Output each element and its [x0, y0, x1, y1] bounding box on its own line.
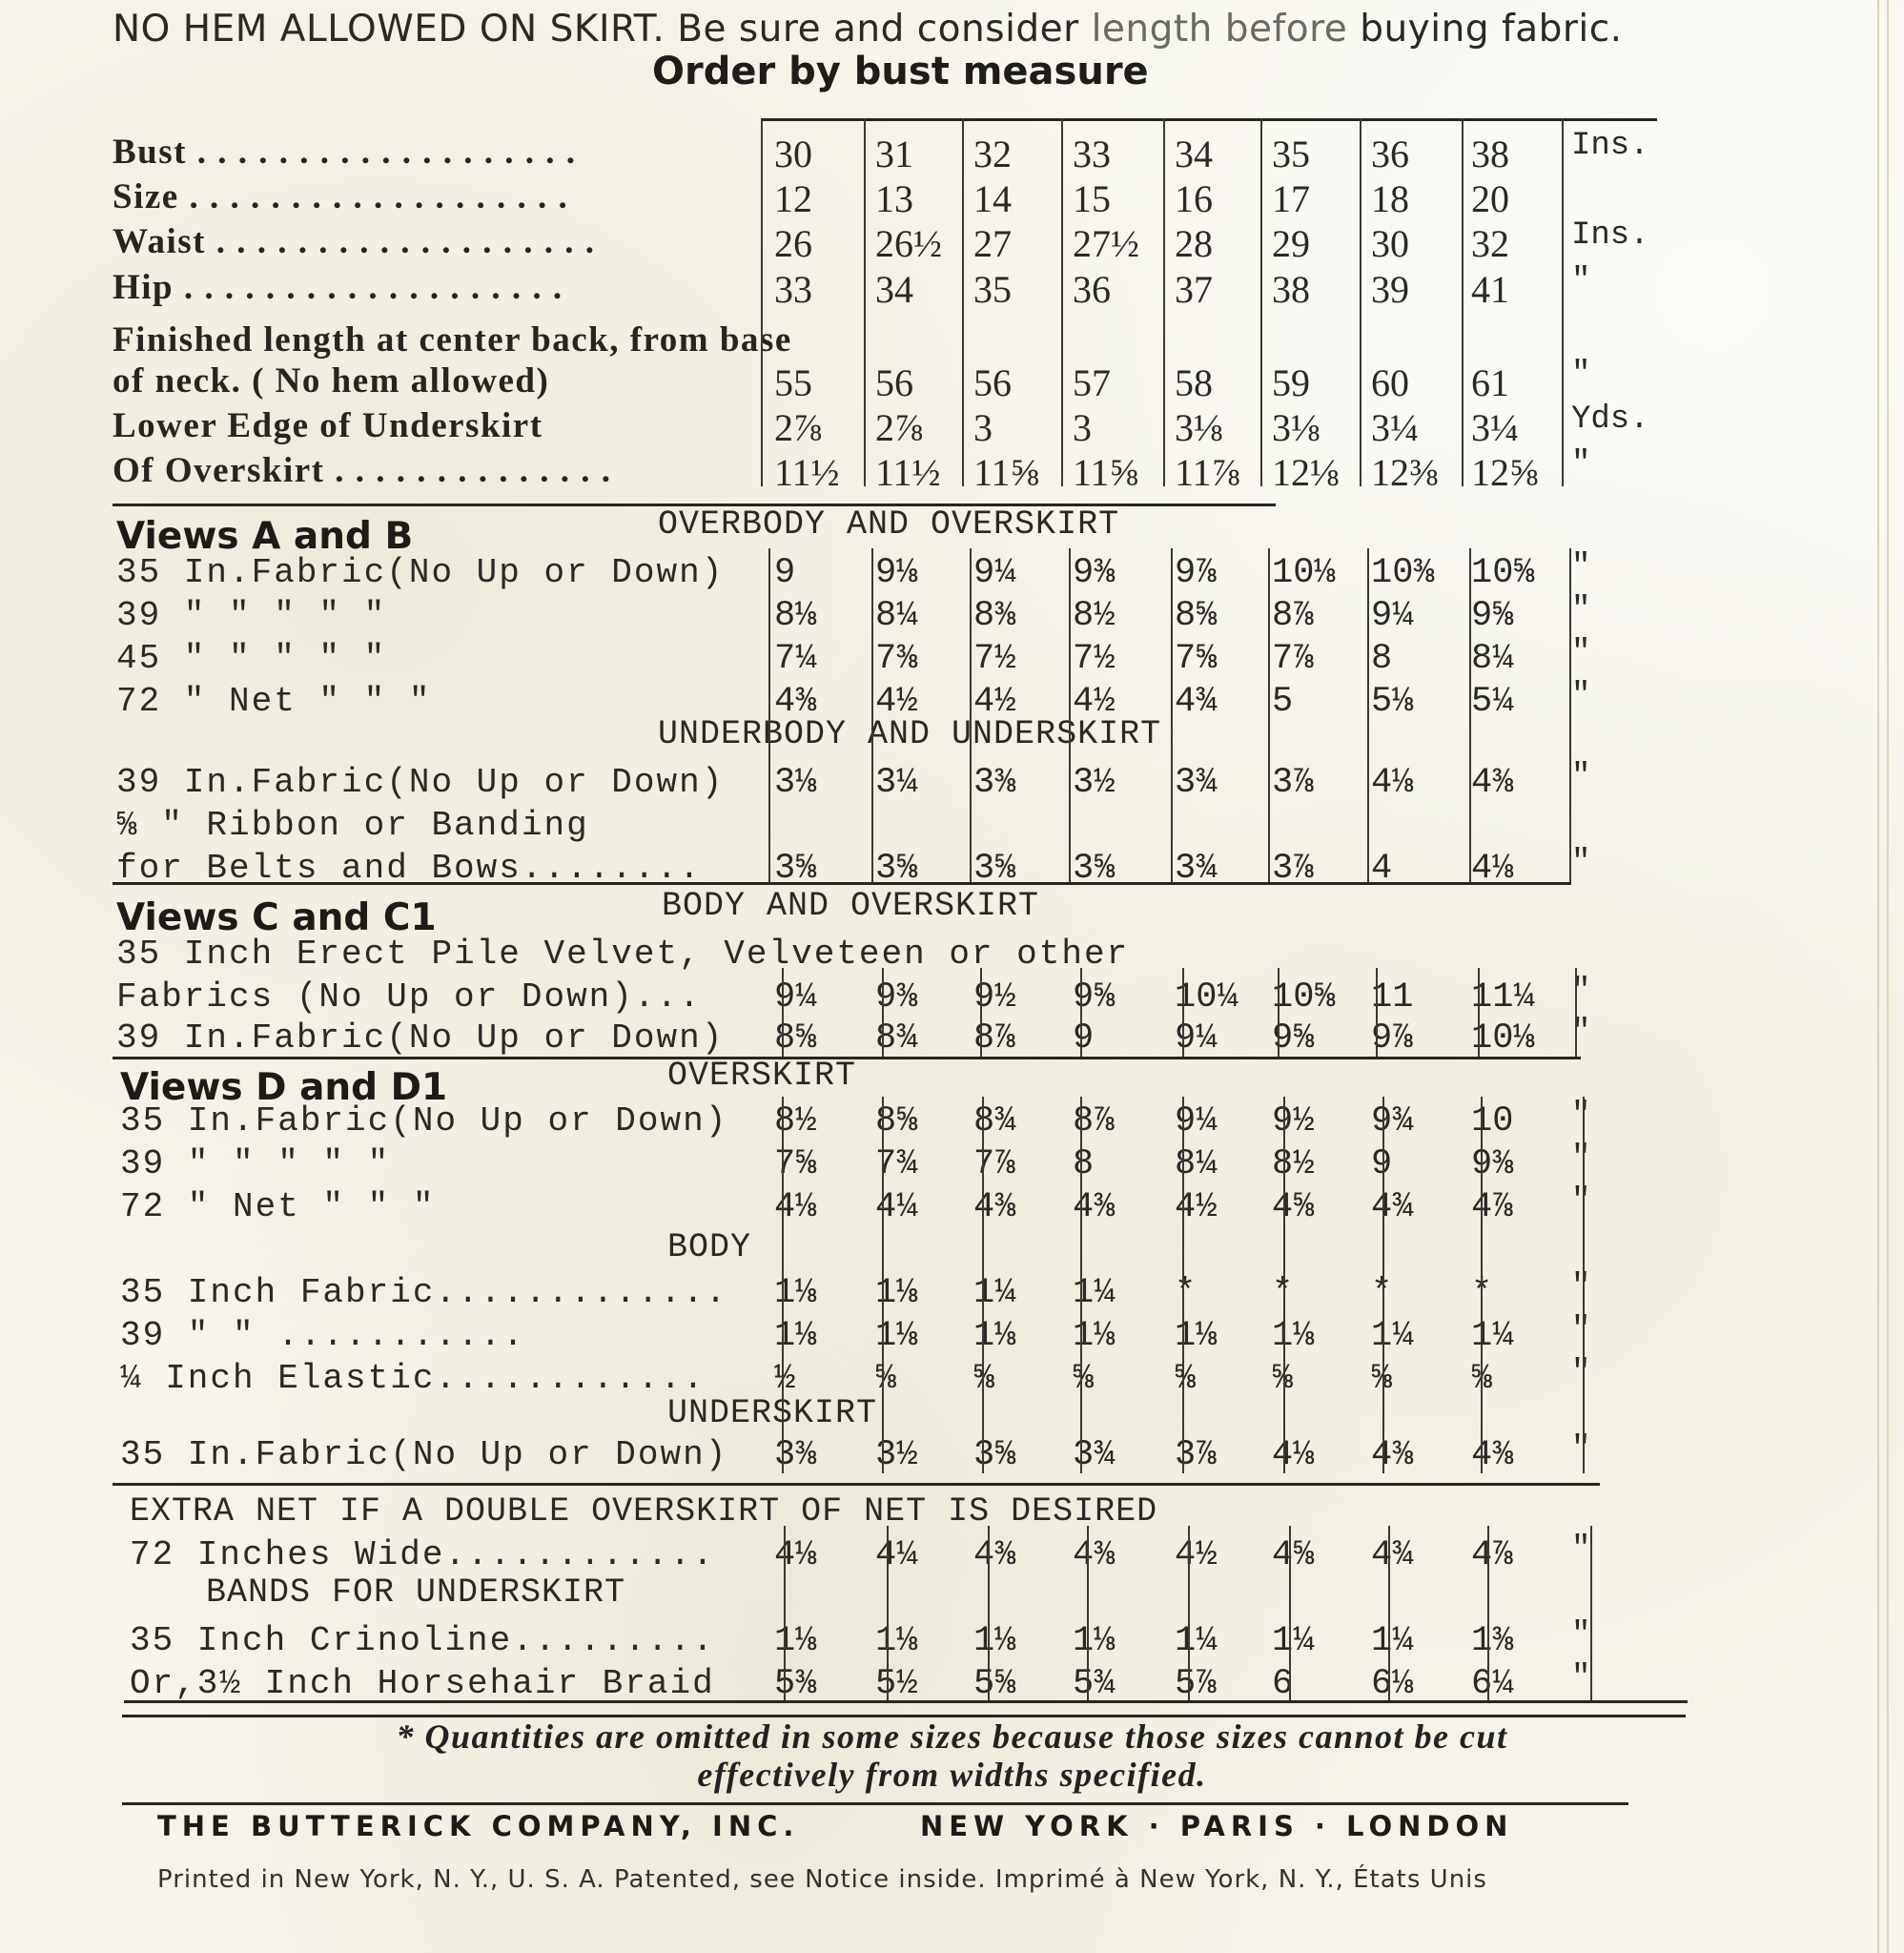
- cell-value: 20: [1471, 176, 1509, 221]
- column-divider: [1469, 548, 1471, 882]
- cell-value: 1⅛: [1272, 1316, 1314, 1356]
- cell-value: 8⅞: [1073, 1101, 1115, 1141]
- column-divider: [962, 118, 964, 486]
- printed-notice: Printed in New York, N. Y., U. S. A. Pat…: [157, 1865, 1487, 1894]
- unit-label: Yds.: [1571, 401, 1649, 438]
- cell-value: 33: [774, 267, 812, 312]
- cell-value: 8⅝: [1175, 596, 1217, 636]
- cell-value: ⅝: [875, 1359, 896, 1399]
- cell-value: 4⅞: [1471, 1187, 1513, 1227]
- cell-value: 34: [1175, 132, 1213, 176]
- column-divider: [1376, 968, 1378, 1057]
- column-divider: [1182, 968, 1184, 1057]
- subheading-overbody: OVERBODY AND OVERSKIRT: [658, 505, 1119, 544]
- cell-value: 30: [1371, 221, 1409, 266]
- subheading-body: BODY: [667, 1228, 751, 1266]
- company-name: THE BUTTERICK COMPANY, INC.: [157, 1810, 799, 1842]
- cell-value: 7⅞: [1272, 639, 1314, 679]
- cell-value: 1¼: [1175, 1621, 1217, 1661]
- row-label: Waist . . . . . . . . . . . . . . . . . …: [113, 221, 595, 262]
- row-label: Finished length at center back, from bas…: [113, 319, 792, 360]
- cell-value: 27½: [1073, 221, 1139, 266]
- cell-value: 6⅛: [1371, 1664, 1413, 1704]
- unit-label: ": [1571, 1183, 1590, 1220]
- row-label: Or,3½ Inch Horsehair Braid: [130, 1664, 715, 1703]
- cell-value: 4⅜: [973, 1535, 1015, 1575]
- column-divider: [1061, 118, 1063, 486]
- cell-value: 4⅛: [1272, 1435, 1314, 1475]
- subheading-underskirt: UNDERSKIRT: [667, 1394, 877, 1432]
- cell-value: 10⅝: [1272, 977, 1336, 1018]
- cell-value: ⅝: [1175, 1359, 1196, 1399]
- row-label: 39 " " ...........: [120, 1316, 525, 1355]
- cell-value: 1⅛: [1073, 1621, 1115, 1661]
- cell-value: 4¾: [1371, 1535, 1413, 1575]
- column-divider: [1289, 1526, 1291, 1702]
- column-divider: [871, 548, 873, 882]
- cell-value: 18: [1371, 176, 1409, 221]
- unit-label: ": [1571, 446, 1590, 483]
- cell-value: 1⅛: [1073, 1316, 1115, 1356]
- cell-value: 8⅞: [1272, 596, 1314, 636]
- column-divider: [1487, 1526, 1489, 1702]
- column-divider: [782, 968, 784, 1057]
- cell-value: 3¼: [1371, 405, 1419, 450]
- cell-value: 11½: [875, 450, 941, 495]
- cell-value: 4⅛: [774, 1187, 816, 1227]
- cell-value: 32: [973, 132, 1012, 176]
- cell-value: 12⅝: [1471, 450, 1538, 495]
- cell-value: 36: [1371, 132, 1409, 176]
- cell-value: 12⅛: [1272, 450, 1339, 495]
- unit-label: ": [1571, 1312, 1590, 1348]
- cell-value: 4⅜: [1471, 763, 1513, 803]
- column-divider: [1478, 968, 1480, 1057]
- page-title: Order by bust measure: [652, 50, 1149, 93]
- cell-value: 2⅞: [875, 405, 923, 450]
- cell-value: 9⅝: [1471, 596, 1513, 636]
- cell-value: 9¾: [1371, 1101, 1413, 1141]
- cell-value: 8¾: [973, 1101, 1015, 1141]
- cell-value: 3¼: [875, 763, 917, 803]
- column-divider: [982, 1097, 984, 1473]
- cell-value: 27: [973, 221, 1012, 266]
- cell-value: 4⅜: [1073, 1535, 1115, 1575]
- row-label: Hip . . . . . . . . . . . . . . . . . . …: [113, 267, 563, 308]
- section-title-views-ab: Views A and B: [116, 515, 413, 558]
- cell-value: 10: [1471, 1101, 1513, 1141]
- cell-value: 5⅝: [973, 1664, 1015, 1704]
- cell-value: 56: [875, 360, 913, 405]
- cell-value: 1⅛: [973, 1621, 1015, 1661]
- cell-value: 9½: [1272, 1101, 1314, 1141]
- unit-label: ": [1571, 845, 1590, 881]
- cell-value: 1¼: [1073, 1273, 1115, 1313]
- cell-value: 28: [1175, 221, 1213, 266]
- column-divider: [1360, 118, 1361, 486]
- cell-value: 3: [973, 405, 993, 450]
- cell-value: 26: [774, 221, 812, 266]
- cell-value: 4⅜: [1371, 1435, 1413, 1475]
- cell-value: 38: [1471, 132, 1509, 176]
- cell-value: 3⅞: [1175, 1435, 1217, 1475]
- column-divider: [1388, 1526, 1390, 1702]
- cell-value: 11¼: [1471, 977, 1535, 1018]
- cell-value: 55: [774, 360, 812, 405]
- column-divider: [1182, 1097, 1184, 1473]
- unit-label: ": [1571, 263, 1590, 299]
- column-divider: [1583, 1097, 1585, 1473]
- cell-value: 58: [1175, 360, 1213, 405]
- row-label: of neck. ( No hem allowed): [113, 360, 549, 401]
- cell-value: 5⅛: [1371, 682, 1413, 722]
- row-label: Lower Edge of Underskirt: [113, 405, 543, 446]
- cell-value: 1⅛: [1175, 1316, 1217, 1356]
- subheading-underbody: UNDERBODY AND UNDERSKIRT: [658, 715, 1161, 753]
- cell-value: 8⅝: [774, 1018, 816, 1059]
- cell-value: 11⅞: [1175, 450, 1240, 495]
- cell-value: 9⅝: [1073, 977, 1115, 1018]
- row-label: 72 " Net " " ": [116, 682, 431, 721]
- section-rule-bottom: [124, 1700, 1688, 1703]
- cell-value: 6¼: [1471, 1664, 1513, 1704]
- cell-value: 4¾: [1175, 682, 1217, 722]
- cell-value: 13: [875, 176, 913, 221]
- footnote-line-1: * Quantities are omitted in some sizes b…: [0, 1717, 1904, 1757]
- subheading-body-overskirt: BODY AND OVERSKIRT: [662, 887, 1039, 925]
- cell-value: 9⅞: [1175, 553, 1217, 593]
- cell-value: 5: [1272, 682, 1293, 722]
- cell-value: 5½: [875, 1664, 917, 1704]
- cell-value: 57: [1073, 360, 1111, 405]
- unit-label: Ins.: [1571, 128, 1649, 164]
- cell-value: 9¼: [973, 553, 1015, 593]
- company-cities: NEW YORK · PARIS · LONDON: [920, 1810, 1513, 1842]
- row-label: 35 In.Fabric(No Up or Down): [120, 1435, 727, 1474]
- cell-value: 3⅜: [774, 1435, 816, 1475]
- cell-value: 10⅜: [1371, 553, 1435, 593]
- column-divider: [1163, 118, 1165, 486]
- cell-value: 9: [1073, 1018, 1094, 1059]
- cell-value: 38: [1272, 267, 1310, 312]
- cell-value: 8: [1073, 1144, 1094, 1184]
- cell-value: 1⅛: [774, 1316, 816, 1356]
- cell-value: 7⅝: [774, 1144, 816, 1184]
- cell-value: 11⅝: [973, 450, 1039, 495]
- column-divider: [768, 548, 770, 882]
- cell-value: 26½: [875, 221, 942, 266]
- footer-rule: [122, 1802, 1628, 1805]
- cell-value: 36: [1073, 267, 1111, 312]
- cell-value: 33: [1073, 132, 1111, 176]
- unit-label: ": [1571, 635, 1590, 671]
- column-divider: [1080, 1097, 1082, 1473]
- row-label: 39 " " " " ": [120, 1144, 390, 1183]
- cell-value: 4¾: [1371, 1187, 1413, 1227]
- cell-value: 4⅜: [973, 1187, 1015, 1227]
- cell-value: 17: [1272, 176, 1310, 221]
- cell-value: 4⅞: [1471, 1535, 1513, 1575]
- cell-value: 8½: [1272, 1144, 1314, 1184]
- cell-value: 3⅛: [1272, 405, 1320, 450]
- unit-label: ": [1571, 1355, 1590, 1391]
- cell-value: 9¼: [1175, 1101, 1217, 1141]
- row-label: ⅝ " Ribbon or Banding: [116, 806, 589, 845]
- cell-value: 3⅜: [973, 763, 1015, 803]
- column-divider: [1590, 1526, 1592, 1702]
- cell-value: 8⅜: [973, 596, 1015, 636]
- cell-value: 30: [774, 132, 812, 176]
- row-label: ¼ Inch Elastic............: [120, 1359, 706, 1398]
- cell-value: 8¼: [1471, 639, 1513, 679]
- cell-value: 9⅜: [1073, 553, 1115, 593]
- column-divider: [1569, 548, 1571, 882]
- cell-value: 4⅜: [1471, 1435, 1513, 1475]
- row-label: 45 " " " " ": [116, 639, 386, 678]
- cell-value: 7⅞: [973, 1144, 1015, 1184]
- column-divider: [784, 1526, 786, 1702]
- column-divider: [970, 548, 972, 882]
- cell-value: 59: [1272, 360, 1310, 405]
- row-label: 35 Inch Crinoline.........: [130, 1621, 715, 1660]
- row-label: 35 In.Fabric(No Up or Down): [120, 1101, 727, 1141]
- cell-value: 41: [1471, 267, 1509, 312]
- cell-value: 1⅜: [1471, 1621, 1513, 1661]
- cell-value: 56: [973, 360, 1012, 405]
- cell-value: 7⅝: [1175, 639, 1217, 679]
- column-divider: [1575, 968, 1577, 1057]
- column-divider: [761, 118, 763, 486]
- unit-label: ": [1571, 549, 1590, 586]
- cell-value: 9⅛: [875, 553, 917, 593]
- cell-value: 9: [774, 553, 795, 593]
- cell-value: 10⅝: [1471, 553, 1535, 593]
- cell-value: 34: [875, 267, 913, 312]
- column-divider: [864, 118, 866, 486]
- unit-label: ": [1571, 678, 1590, 714]
- cell-value: 3¾: [1175, 763, 1217, 803]
- table-top-rule: [761, 118, 1657, 121]
- cell-value: 12: [774, 176, 812, 221]
- cell-value: ½: [774, 1359, 795, 1399]
- cell-value: 4⅝: [1272, 1187, 1314, 1227]
- cell-value: 9¼: [1175, 1018, 1217, 1059]
- cell-value: 8½: [774, 1101, 816, 1141]
- cell-value: 32: [1471, 221, 1509, 266]
- cell-value: 4⅜: [1073, 1187, 1115, 1227]
- cell-value: 8¼: [875, 596, 917, 636]
- row-label: 39 " " " " ": [116, 596, 386, 635]
- cell-value: 1⅛: [973, 1316, 1015, 1356]
- cell-value: 1⅛: [774, 1273, 816, 1313]
- cell-value: 3¼: [1471, 405, 1519, 450]
- row-label: Bust . . . . . . . . . . . . . . . . . .…: [113, 132, 576, 173]
- unit-label: ": [1571, 1532, 1590, 1568]
- unit-label: ": [1571, 357, 1590, 393]
- section-rule-extra: [113, 1483, 1600, 1486]
- unit-label: ": [1571, 592, 1590, 628]
- cell-value: 3⅞: [1272, 763, 1314, 803]
- subheading-bands: BANDS FOR UNDERSKIRT: [206, 1573, 625, 1612]
- column-divider: [1562, 118, 1564, 486]
- cell-value: 7¼: [774, 639, 816, 679]
- cell-value: 35: [973, 267, 1012, 312]
- footnote-line-2: effectively from widths specified.: [0, 1755, 1904, 1795]
- column-divider: [1080, 968, 1082, 1057]
- cell-value: 3¾: [1073, 1435, 1115, 1475]
- cell-value: 4⅛: [774, 1535, 816, 1575]
- section-title-views-c: Views C and C1: [116, 896, 437, 939]
- cell-value: 39: [1371, 267, 1409, 312]
- cell-value: 3⅝: [973, 1435, 1015, 1475]
- cell-value: 7⅜: [875, 639, 917, 679]
- cell-value: 1¼: [1471, 1316, 1513, 1356]
- column-divider: [882, 968, 884, 1057]
- cell-value: 4½: [1175, 1187, 1217, 1227]
- row-label: 39 In.Fabric(No Up or Down): [116, 1018, 724, 1058]
- row-label: 72 Inches Wide............: [130, 1535, 715, 1574]
- cell-value: 3: [1073, 405, 1092, 450]
- cell-value: 5⅞: [1175, 1664, 1217, 1704]
- cell-value: 61: [1471, 360, 1509, 405]
- column-divider: [1171, 548, 1173, 882]
- unit-label: ": [1571, 1269, 1590, 1305]
- row-label: Of Overskirt . . . . . . . . . . . . . .: [113, 450, 611, 491]
- column-divider: [887, 1526, 889, 1702]
- column-divider: [980, 968, 982, 1057]
- column-divider: [988, 1526, 990, 1702]
- cell-value: 5¼: [1471, 682, 1513, 722]
- column-divider: [1367, 548, 1369, 882]
- unit-label: ": [1571, 1141, 1590, 1177]
- cell-value: 35: [1272, 132, 1310, 176]
- cell-value: 1¼: [1371, 1621, 1413, 1661]
- cell-value: 8½: [1073, 596, 1115, 636]
- cell-value: 37: [1175, 267, 1213, 312]
- cell-value: 14: [973, 176, 1012, 221]
- row-label: 35 Inch Erect Pile Velvet, Velveteen or …: [116, 935, 1129, 974]
- cell-value: 7½: [973, 639, 1015, 679]
- column-divider: [1268, 548, 1270, 882]
- cell-value: 3⅛: [774, 763, 816, 803]
- unit-label: Ins.: [1571, 217, 1649, 254]
- cell-value: 10⅛: [1471, 1018, 1535, 1059]
- cell-value: 8: [1371, 639, 1392, 679]
- page-edge: [1877, 0, 1889, 1953]
- cell-value: 8¼: [1175, 1144, 1217, 1184]
- unit-label: ": [1571, 1617, 1590, 1654]
- cell-value: 8⅛: [774, 596, 816, 636]
- row-label: 35 Inch Fabric.............: [120, 1273, 727, 1312]
- cell-value: 15: [1073, 176, 1111, 221]
- cell-value: 1¼: [973, 1273, 1015, 1313]
- cell-value: 9⅜: [1471, 1144, 1513, 1184]
- cell-value: 3⅛: [1175, 405, 1222, 450]
- row-label: Size . . . . . . . . . . . . . . . . . .…: [113, 176, 568, 217]
- column-divider: [782, 1097, 784, 1473]
- cell-value: 11½: [774, 450, 840, 495]
- cell-value: 12⅜: [1371, 450, 1438, 495]
- column-divider: [1069, 548, 1071, 882]
- column-divider: [1283, 1097, 1285, 1473]
- cell-value: 5⅜: [774, 1664, 816, 1704]
- cell-value: 4½: [1175, 1535, 1217, 1575]
- section-rule-c: [113, 882, 1571, 885]
- cell-value: 2⅞: [774, 405, 822, 450]
- unit-label: ": [1571, 1098, 1590, 1134]
- cell-value: 10⅛: [1272, 553, 1336, 593]
- unit-label: ": [1571, 1431, 1590, 1468]
- hem-notice: NO HEM ALLOWED ON SKIRT. Be sure and con…: [113, 8, 1623, 51]
- cell-value: 4¼: [875, 1535, 917, 1575]
- cell-value: 1¼: [1371, 1316, 1413, 1356]
- cell-value: ⅝: [973, 1359, 994, 1399]
- cell-value: ⅝: [1073, 1359, 1094, 1399]
- column-divider: [1087, 1526, 1089, 1702]
- cell-value: 4⅝: [1272, 1535, 1314, 1575]
- cell-value: 5¾: [1073, 1664, 1115, 1704]
- cell-value: 7½: [1073, 639, 1115, 679]
- row-label: 39 In.Fabric(No Up or Down): [116, 763, 724, 802]
- cell-value: 9¼: [774, 977, 816, 1018]
- cell-value: 4⅛: [1371, 763, 1413, 803]
- column-divider: [1382, 1097, 1384, 1473]
- cell-value: 16: [1175, 176, 1213, 221]
- cell-value: 3½: [1073, 763, 1115, 803]
- column-divider: [1188, 1526, 1190, 1702]
- cell-value: 1¼: [1272, 1621, 1314, 1661]
- asterisk-marker: *: [1175, 1273, 1196, 1313]
- cell-value: 29: [1272, 221, 1310, 266]
- row-label: 35 In.Fabric(No Up or Down): [116, 553, 724, 592]
- cell-value: 60: [1371, 360, 1409, 405]
- cell-value: 31: [875, 132, 913, 176]
- column-divider: [1260, 118, 1262, 486]
- column-divider: [1462, 118, 1464, 486]
- cell-value: 1⅛: [774, 1621, 816, 1661]
- unit-label: ": [1571, 1660, 1590, 1696]
- cell-value: 9¼: [1371, 596, 1413, 636]
- row-label: 72 " Net " " ": [120, 1187, 435, 1226]
- cell-value: 1⅛: [875, 1621, 917, 1661]
- row-label: Fabrics (No Up or Down)...: [116, 977, 702, 1017]
- column-divider: [1278, 968, 1280, 1057]
- unit-label: ": [1571, 759, 1590, 795]
- column-divider: [1481, 1097, 1483, 1473]
- subheading-extra-net: EXTRA NET IF A DOUBLE OVERSKIRT OF NET I…: [130, 1492, 1157, 1531]
- column-divider: [882, 1097, 884, 1473]
- subheading-overskirt: OVERSKIRT: [667, 1057, 856, 1095]
- cell-value: 11⅝: [1073, 450, 1138, 495]
